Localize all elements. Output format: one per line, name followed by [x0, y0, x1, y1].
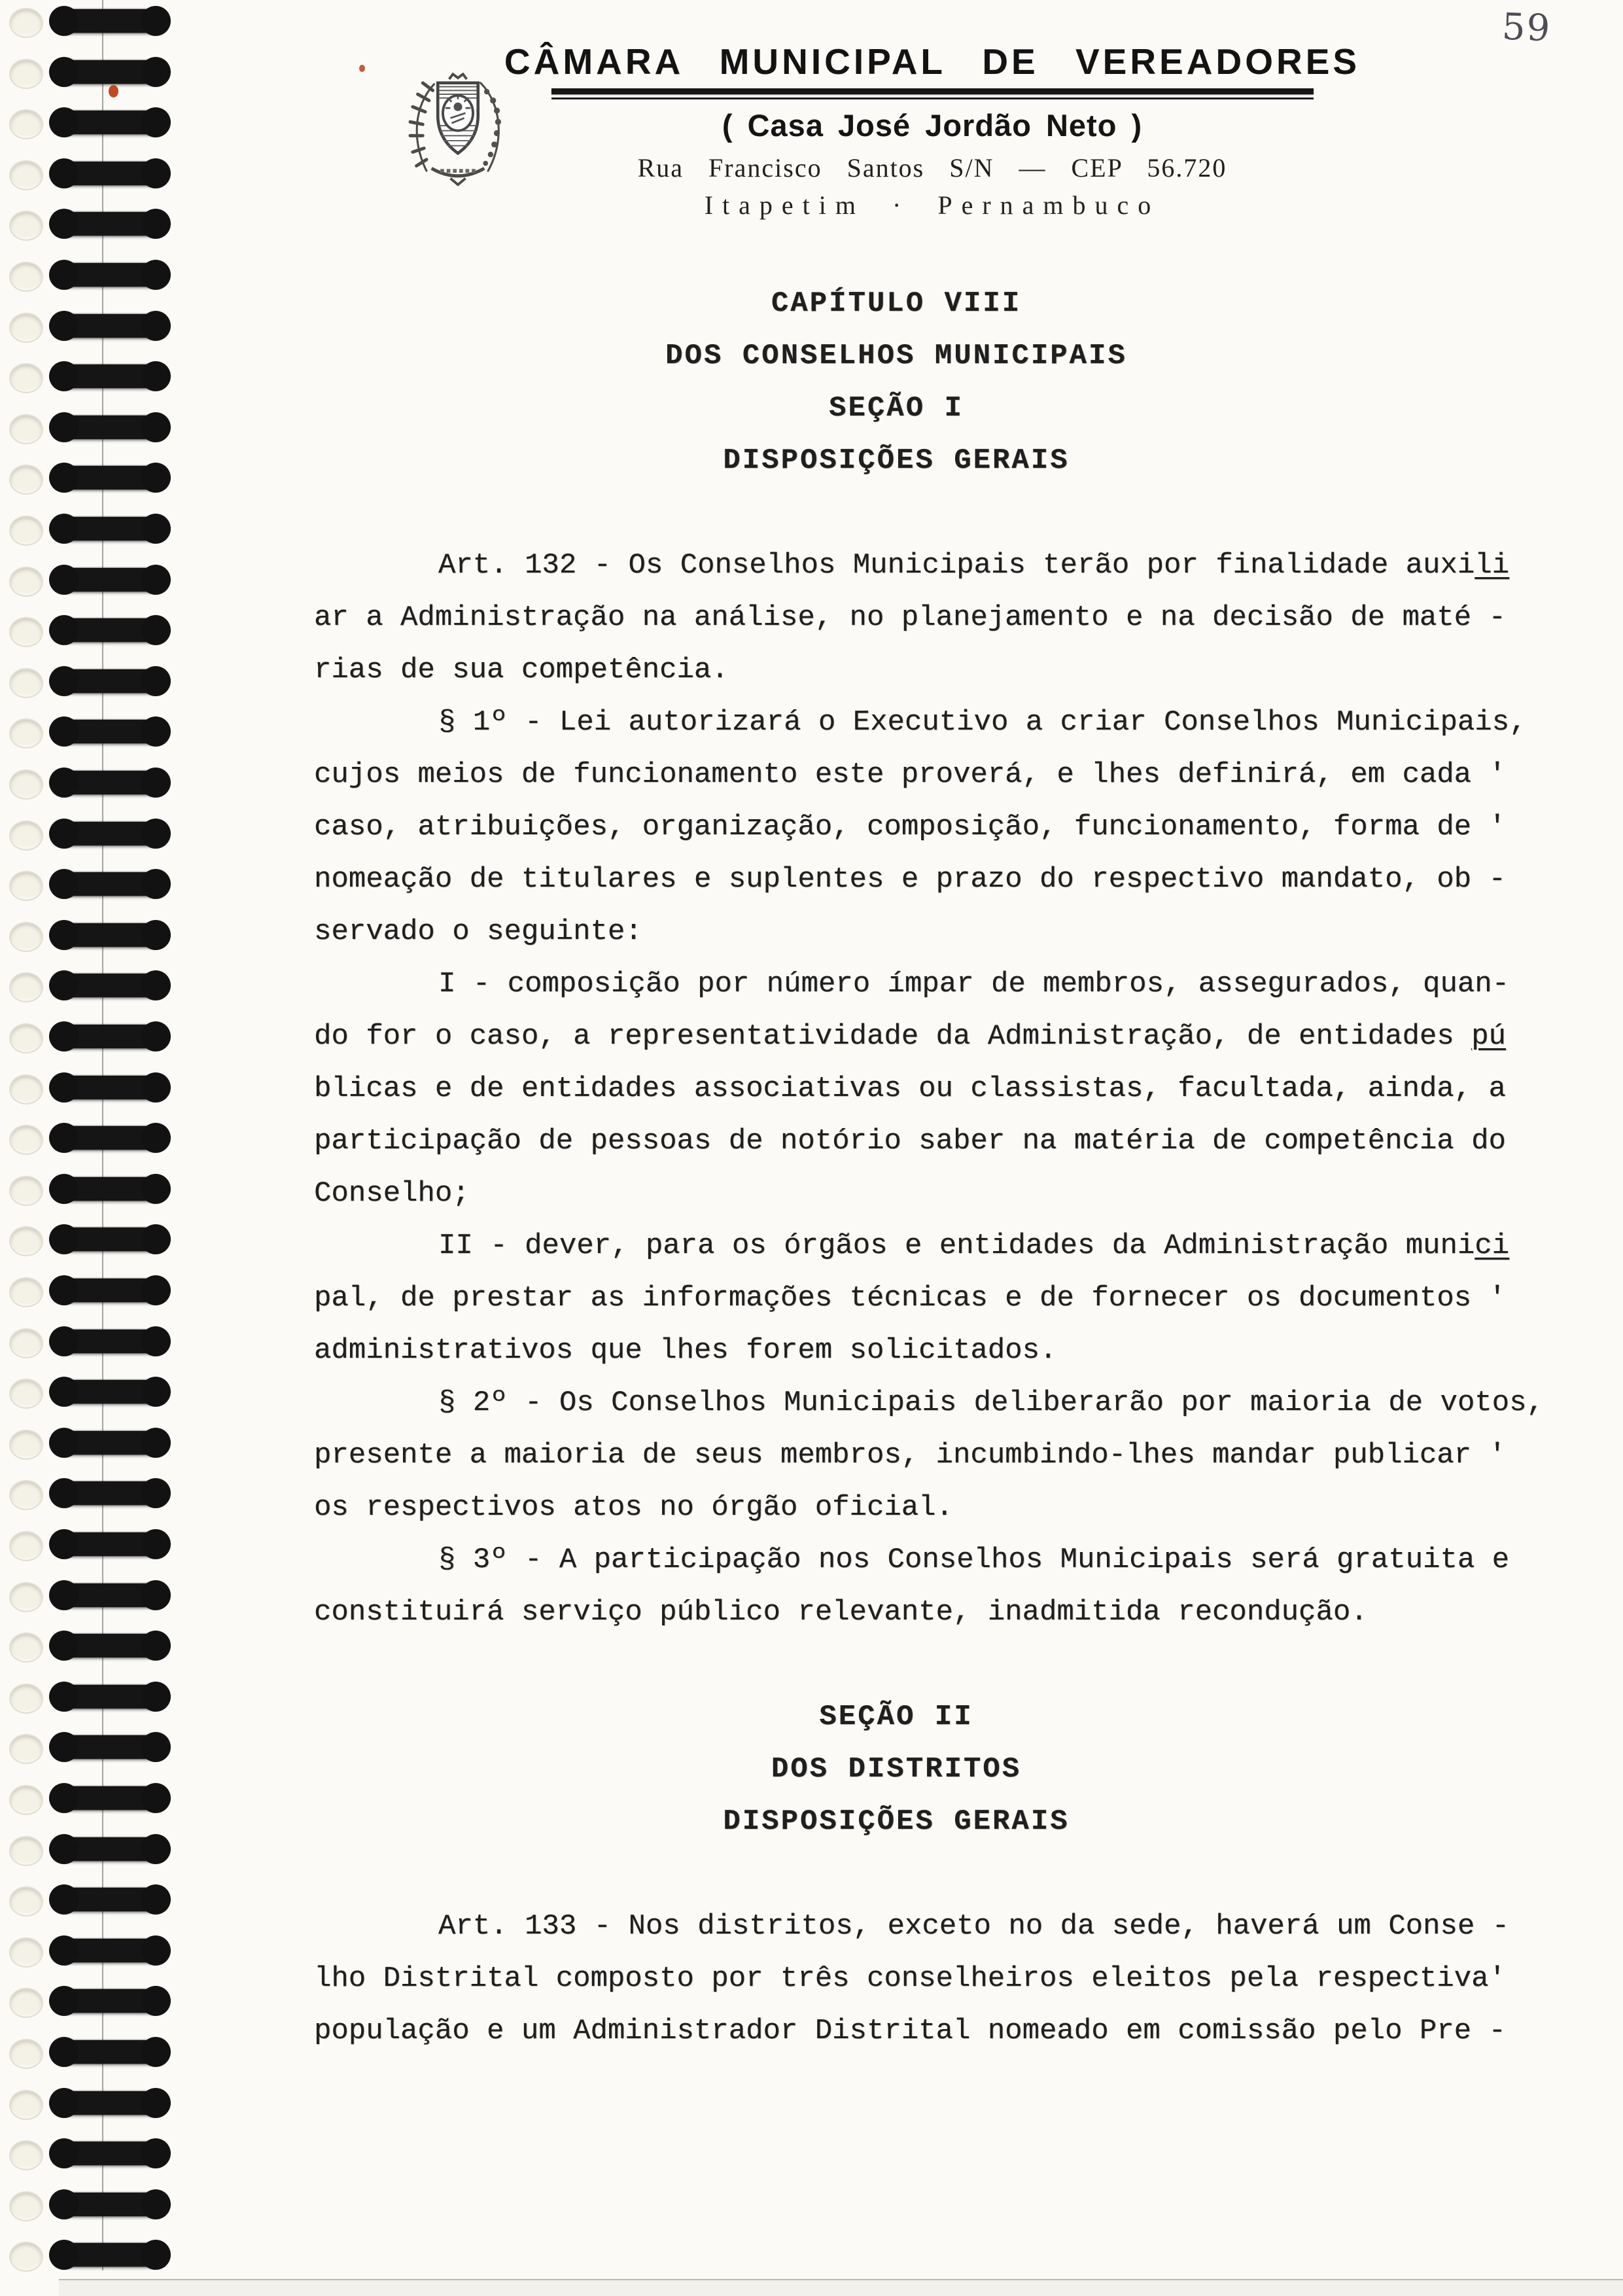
spiral-binding-bar — [55, 1888, 165, 1911]
spiral-binding-bar — [55, 923, 165, 947]
punch-hole — [9, 1226, 43, 1256]
spiral-binding-bar — [55, 1989, 165, 2013]
punch-hole — [9, 1125, 43, 1155]
ink-speck — [359, 65, 365, 72]
blank-line — [314, 1638, 1563, 1691]
title-underline-thick — [551, 88, 1314, 94]
section-heading: SEÇÃO I — [314, 382, 1478, 434]
chapter-subject-heading: DOS CONSELHOS MUNICIPAIS — [314, 330, 1478, 382]
punch-hole — [9, 922, 43, 952]
punch-hole — [9, 1937, 43, 1968]
spiral-binding-bar — [55, 212, 165, 236]
spiral-binding-bar — [55, 2091, 165, 2115]
spiral-binding-bar — [55, 1431, 165, 1455]
section-subject-heading: DOS DISTRITOS — [314, 1743, 1478, 1795]
spiral-binding-bar — [55, 1837, 165, 1861]
punch-hole — [9, 972, 43, 1002]
punch-hole — [9, 1430, 43, 1460]
doc-line: administrativos que lhes forem solicitad… — [314, 1324, 1563, 1377]
spiral-binding-bar — [55, 1177, 165, 1201]
punch-hole — [9, 313, 43, 343]
spiral-binding-bar — [55, 9, 165, 33]
spiral-binding-bar — [55, 111, 165, 134]
section-subject-heading: DISPOSIÇÕES GERAIS — [314, 434, 1478, 487]
blank-line — [314, 487, 1563, 539]
spiral-binding-bar — [55, 415, 165, 439]
doc-line: blicas e de entidades associativas ou cl… — [314, 1063, 1563, 1115]
spiral-binding-bar — [55, 618, 165, 642]
spiral-binding-bar — [55, 1685, 165, 1708]
doc-line: presente a maioria de seus membros, incu… — [314, 1429, 1563, 1481]
doc-line: II - dever, para os órgãos e entidades d… — [314, 1220, 1563, 1272]
punch-hole — [9, 1074, 43, 1104]
spiral-binding-bar — [55, 1786, 165, 1810]
spiral-binding-bar — [55, 162, 165, 185]
spiral-binding-bar — [55, 1126, 165, 1150]
spiral-binding-bar — [55, 720, 165, 743]
doc-line: participação de pessoas de notório saber… — [314, 1115, 1563, 1167]
punch-hole — [9, 617, 43, 647]
doc-line: caso, atribuições, organização, composiç… — [314, 801, 1563, 853]
spiral-binding-bar — [55, 872, 165, 896]
building-name: ( Casa José Jordão Neto ) — [393, 107, 1472, 143]
punch-hole — [9, 1836, 43, 1866]
page-bottom-edge — [59, 2279, 1623, 2296]
spiral-binding-bar — [55, 517, 165, 540]
spiral-binding-bar — [55, 364, 165, 388]
blank-line — [314, 1848, 1563, 1900]
punch-hole — [9, 821, 43, 851]
scanned-document-page: 59 — [0, 0, 1623, 2296]
punch-hole — [9, 1734, 43, 1764]
punch-hole — [9, 160, 43, 190]
punch-hole — [9, 2242, 43, 2272]
doc-line: rias de sua competência. — [314, 644, 1563, 696]
punch-hole — [9, 769, 43, 800]
punch-hole — [9, 2039, 43, 2069]
punch-hole — [9, 1582, 43, 1612]
city-state-line: Itapetim · Pernambuco — [393, 190, 1472, 221]
spiral-binding-bar — [55, 822, 165, 845]
punch-hole — [9, 2140, 43, 2170]
doc-line: § 2º - Os Conselhos Municipais deliberar… — [314, 1377, 1563, 1429]
document-body: CAPÍTULO VIII DOS CONSELHOS MUNICIPAIS S… — [314, 277, 1563, 2057]
doc-line: lho Distrital composto por três conselhe… — [314, 1952, 1563, 2005]
punch-hole — [9, 2090, 43, 2120]
spiral-binding-bar — [55, 1939, 165, 1962]
spiral-binding-bar — [55, 2193, 165, 2216]
punch-hole — [9, 363, 43, 393]
spiral-binding-bar — [55, 1634, 165, 1657]
doc-line: Conselho; — [314, 1167, 1563, 1220]
doc-line: I - composição por número ímpar de membr… — [314, 958, 1563, 1010]
spiral-binding-bar — [55, 771, 165, 794]
letterhead: CÂMARA MUNICIPAL DE VEREADORES ( Casa Jo… — [393, 41, 1472, 221]
doc-line: servado o seguinte: — [314, 906, 1563, 958]
doc-line: Art. 133 - Nos distritos, exceto no da s… — [314, 1900, 1563, 1952]
punch-hole — [9, 465, 43, 495]
spiral-binding-bar — [55, 1532, 165, 1556]
page-number: 59 — [1501, 6, 1552, 50]
spiral-binding-bar — [55, 974, 165, 997]
punch-hole — [9, 1277, 43, 1307]
punch-hole — [9, 718, 43, 749]
spiral-binding-bar — [55, 669, 165, 693]
spiral-binding-bar — [55, 1279, 165, 1302]
spiral-binding-bar — [55, 314, 165, 338]
spiral-binding-bar — [55, 1330, 165, 1353]
punch-hole — [9, 1379, 43, 1409]
spiral-binding — [0, 0, 177, 2296]
spiral-binding-bar — [55, 2040, 165, 2064]
punch-hole — [9, 109, 43, 139]
doc-line: pal, de prestar as informações técnicas … — [314, 1272, 1563, 1324]
punch-hole — [9, 2191, 43, 2221]
punch-hole — [9, 1531, 43, 1561]
doc-line: do for o caso, a representatividade da A… — [314, 1010, 1563, 1063]
punch-hole — [9, 1988, 43, 2018]
doc-line: § 3º - A participação nos Conselhos Muni… — [314, 1534, 1563, 1586]
chapter-heading: CAPÍTULO VIII — [314, 277, 1478, 330]
punch-hole — [9, 871, 43, 901]
spiral-binding-bar — [55, 263, 165, 287]
spiral-binding-bar — [55, 1583, 165, 1607]
doc-line: os respectivos atos no órgão oficial. — [314, 1481, 1563, 1534]
punch-hole — [9, 1176, 43, 1206]
punch-hole — [9, 1633, 43, 1663]
spiral-binding-bar — [55, 568, 165, 592]
doc-line: cujos meios de funcionamento este prover… — [314, 749, 1563, 801]
spiral-binding-bar — [55, 1227, 165, 1251]
section-subject-heading: DISPOSIÇÕES GERAIS — [314, 1795, 1478, 1848]
punch-hole — [9, 211, 43, 241]
institution-name: CÂMARA MUNICIPAL DE VEREADORES — [393, 41, 1472, 82]
doc-line: Art. 132 - Os Conselhos Municipais terão… — [314, 539, 1563, 592]
spiral-binding-bar — [55, 466, 165, 489]
punch-hole — [9, 8, 43, 38]
doc-line: ar a Administração na análise, no planej… — [314, 592, 1563, 644]
spiral-binding-bar — [55, 1735, 165, 1759]
punch-hole — [9, 516, 43, 546]
spiral-binding-bar — [55, 1025, 165, 1048]
spiral-binding-bar — [55, 1481, 165, 1505]
spiral-binding-bar — [55, 1076, 165, 1099]
section-heading: SEÇÃO II — [314, 1691, 1478, 1743]
punch-hole — [9, 59, 43, 89]
doc-line: nomeação de titulares e suplentes e praz… — [314, 853, 1563, 906]
doc-line: população e um Administrador Distrital n… — [314, 2005, 1563, 2057]
doc-line: constituirá serviço público relevante, i… — [314, 1586, 1563, 1638]
punch-hole — [9, 1684, 43, 1714]
ink-speck — [109, 85, 118, 97]
punch-hole — [9, 414, 43, 444]
spiral-binding-bar — [55, 1380, 165, 1404]
punch-hole — [9, 1785, 43, 1815]
punch-hole — [9, 1886, 43, 1916]
spiral-binding-bar — [55, 2243, 165, 2267]
punch-hole — [9, 567, 43, 597]
punch-hole — [9, 1480, 43, 1510]
punch-hole — [9, 668, 43, 698]
address-line: Rua Francisco Santos S/N — CEP 56.720 — [393, 152, 1472, 183]
title-underline-thin — [551, 97, 1314, 99]
spiral-binding-bar — [55, 2142, 165, 2165]
punch-hole — [9, 262, 43, 292]
punch-hole — [9, 1328, 43, 1358]
punch-hole — [9, 1023, 43, 1053]
spiral-binding-bar — [55, 60, 165, 84]
doc-line: § 1º - Lei autorizará o Executivo a cria… — [314, 696, 1563, 749]
